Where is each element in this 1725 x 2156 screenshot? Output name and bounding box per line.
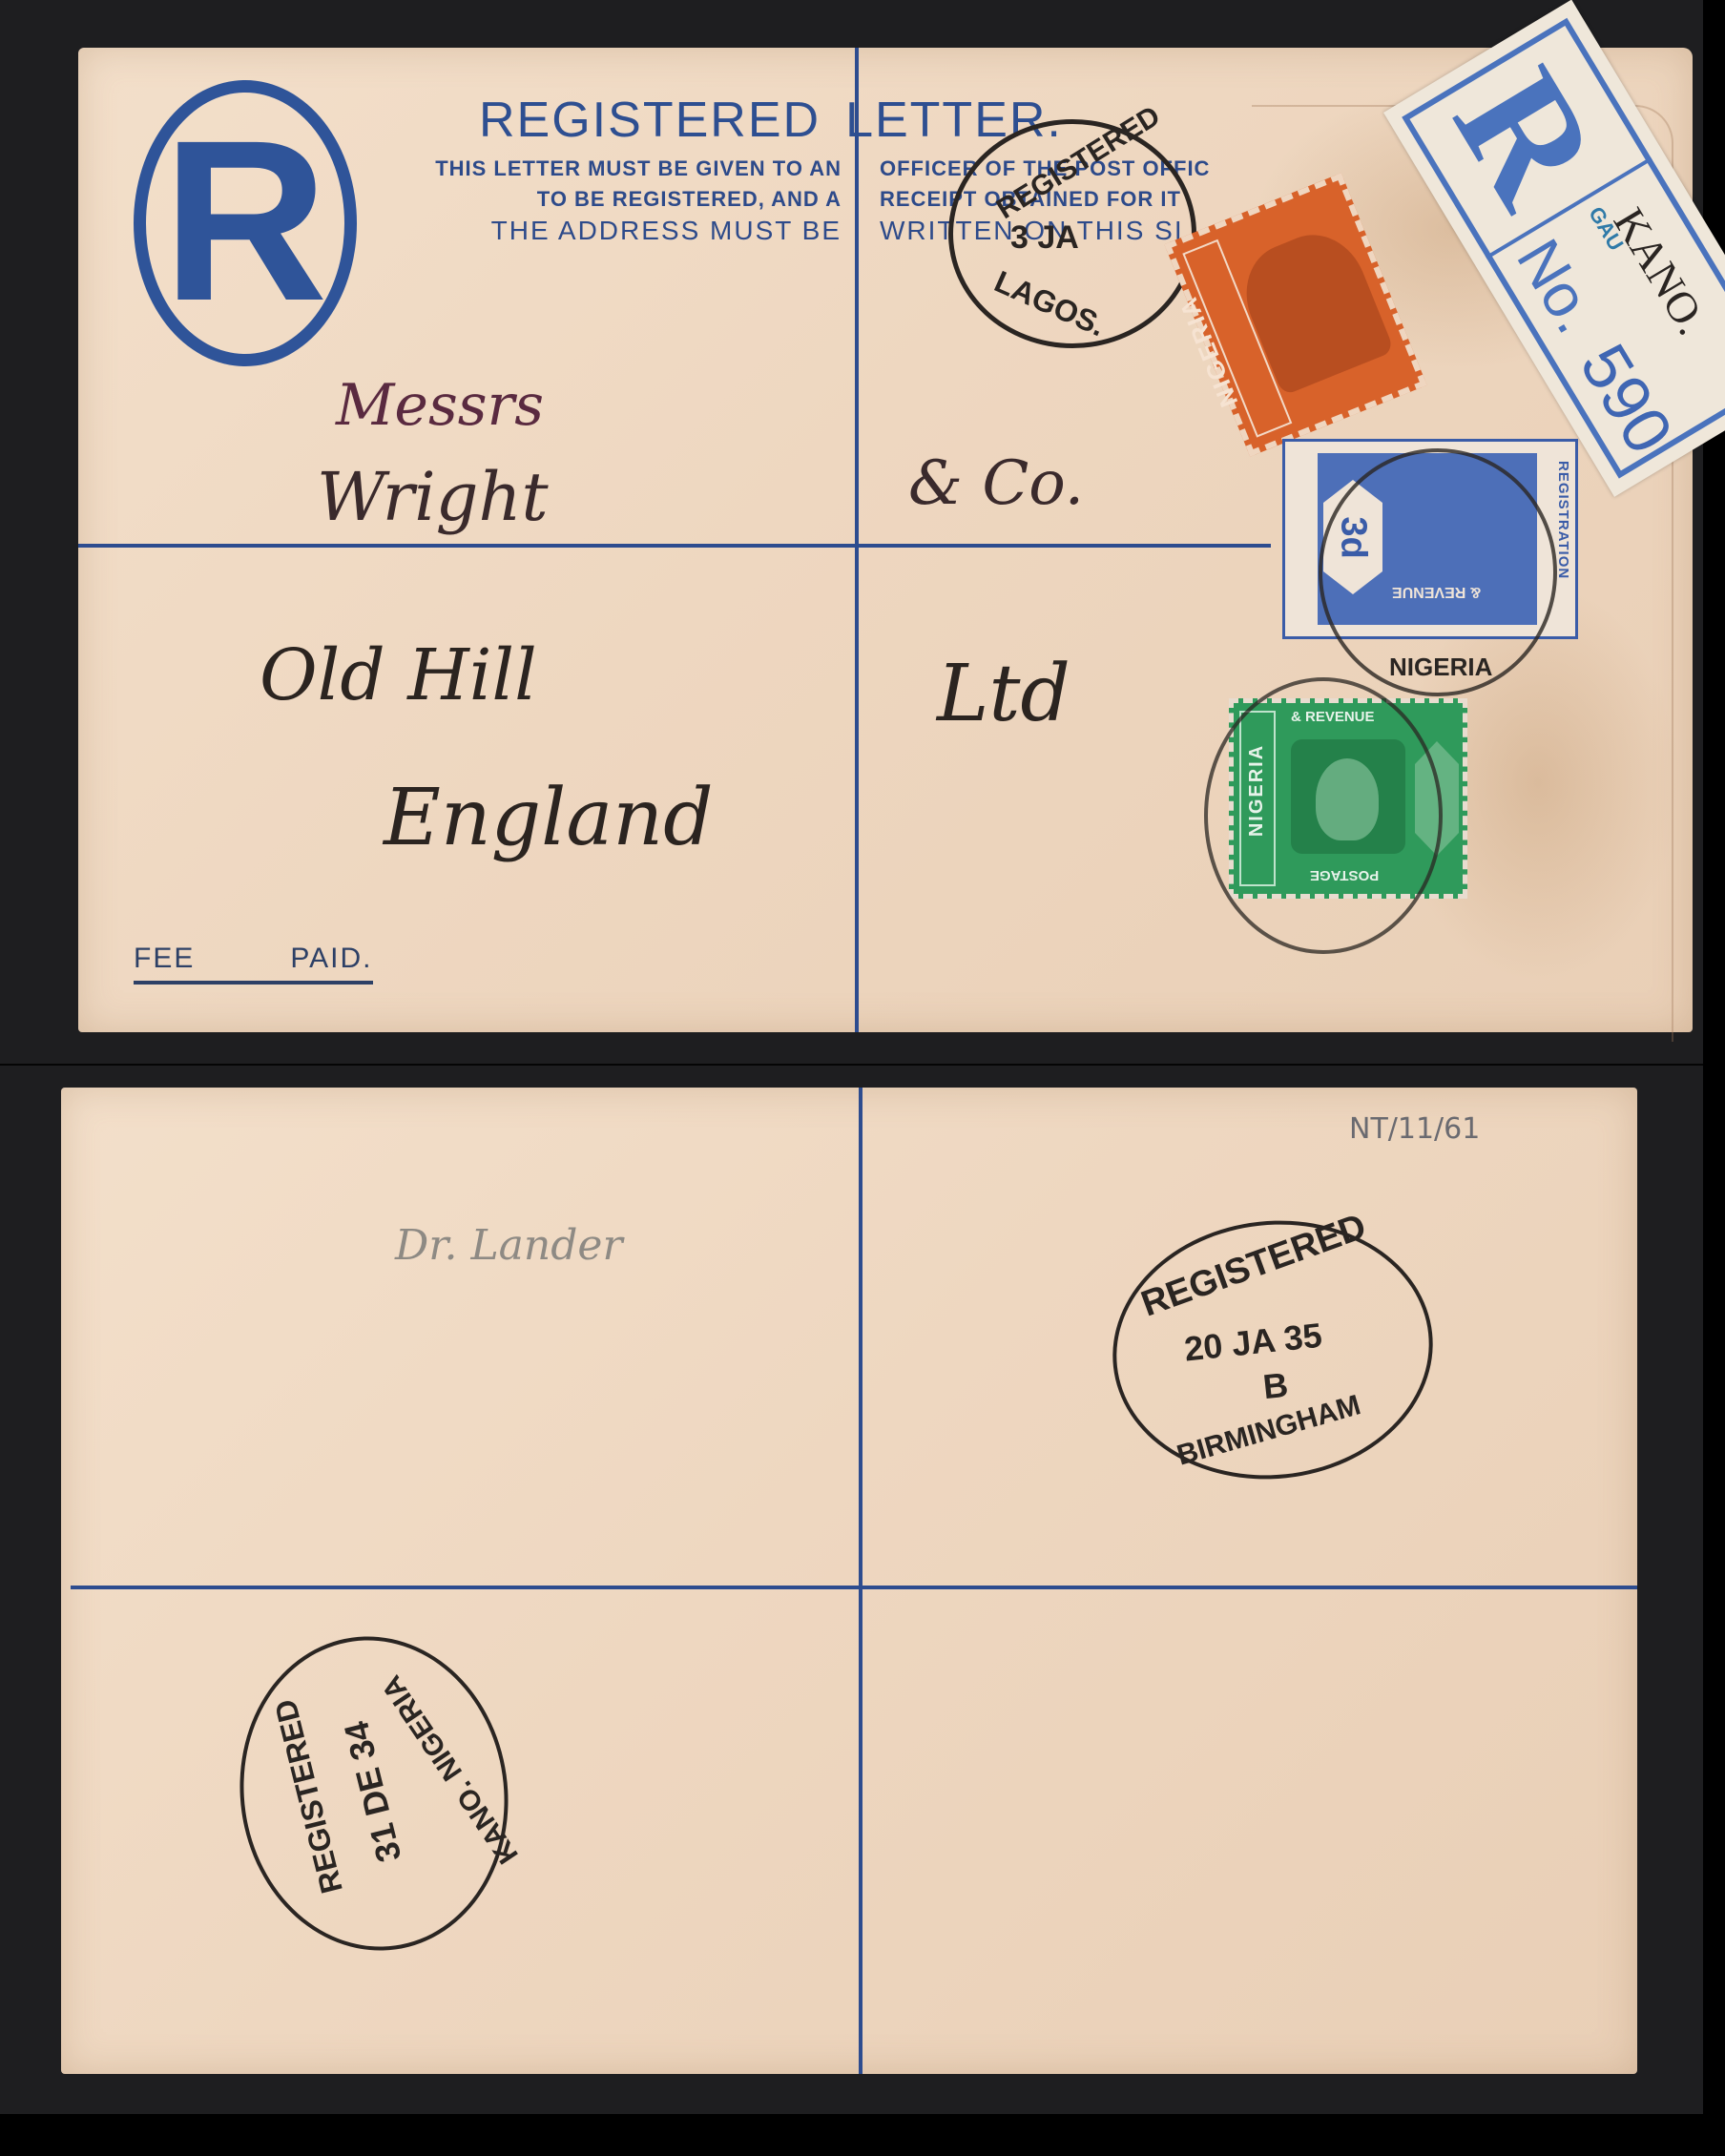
horizontal-rule bbox=[71, 1586, 1637, 1589]
instruction-line2-left: TO BE REGISTERED, AND A bbox=[537, 187, 842, 212]
envelope-title: REGISTEREDLETTER. bbox=[479, 92, 1063, 149]
address-line-co: & Co. bbox=[908, 448, 1084, 519]
pencil-note: Dr. Lander bbox=[395, 1221, 622, 1270]
postmark-birmingham: REGISTERED 20 JA 35 B BIRMINGHAM bbox=[1100, 1205, 1445, 1495]
address-line-ltd: Ltd bbox=[937, 649, 1070, 739]
envelope-back: Dr. Lander NT/11/61 REGISTERED 20 JA 35 … bbox=[61, 1088, 1637, 2074]
address-line-messrs: Messrs bbox=[336, 372, 544, 439]
instruction-line3-left: THE ADDRESS MUST BE bbox=[491, 216, 842, 246]
address-line-wright: Wright bbox=[317, 458, 549, 536]
postmark-kano-nigeria: REGISTERED 31 DE 34 KANO. NIGERIA bbox=[219, 1619, 528, 1968]
fee-paid-label: FEEPAID. bbox=[134, 943, 373, 985]
postmark-lagos: REGISTERED 3 JA LAGOS. bbox=[948, 119, 1196, 348]
postmark-kano-partial-lower bbox=[1204, 677, 1443, 954]
title-left: REGISTERED bbox=[479, 93, 821, 148]
address-line-england: England bbox=[384, 773, 714, 863]
instruction-line1-left: THIS LETTER MUST BE GIVEN TO AN bbox=[435, 156, 842, 181]
horizontal-rule bbox=[78, 544, 1271, 548]
registered-r-logo: R bbox=[134, 80, 357, 366]
vertical-rule bbox=[859, 1088, 862, 2074]
envelope-front: R REGISTEREDLETTER. THIS LETTER MUST BE … bbox=[78, 48, 1693, 1032]
postmark-kano-partial: NIGERIA bbox=[1319, 448, 1557, 696]
address-line-old-hill: Old Hill bbox=[260, 634, 537, 716]
vertical-rule bbox=[855, 48, 859, 1032]
catalogue-note: NT/11/61 bbox=[1349, 1112, 1480, 1146]
